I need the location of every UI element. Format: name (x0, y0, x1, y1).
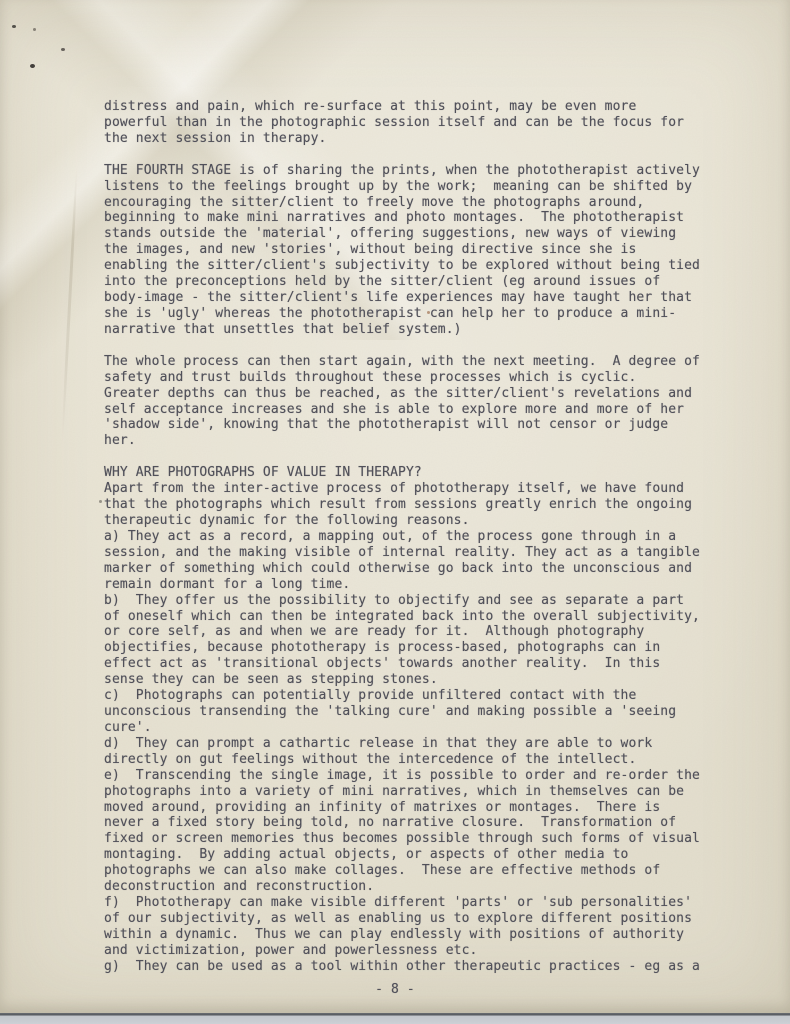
text-line: remain dormant for a long time. (104, 577, 700, 593)
text-line: session, and the making visible of inter… (104, 545, 700, 561)
scanned-page: distress and pain, which re-surface at t… (0, 0, 790, 1013)
text-line: 'shadow side', knowing that the photothe… (104, 417, 700, 433)
text-line: Greater depths can thus be reached, as t… (104, 386, 700, 402)
paper-speck (30, 64, 35, 68)
text-line: g) They can be used as a tool within oth… (104, 959, 700, 975)
scan-background-strip (0, 1013, 790, 1024)
text-line: sense they can be seen as stepping stone… (104, 672, 700, 688)
text-line: enabling the sitter/client's subjectivit… (104, 258, 700, 274)
cyclic-process-paragraph: The whole process can then start again, … (104, 354, 700, 450)
text-line: the images, and new 'stories', without b… (104, 242, 700, 258)
text-line: objectifies, because phototherapy is pro… (104, 640, 700, 656)
text-line: of our subjectivity, as well as enabling… (104, 911, 700, 927)
text-line: Apart from the inter-active process of p… (104, 481, 700, 497)
text-line: photographs we can also make collages. T… (104, 863, 700, 879)
text-line: b) They offer us the possibility to obje… (104, 593, 700, 609)
text-line: never a fixed story being told, no narra… (104, 815, 700, 831)
text-line: her. (104, 433, 700, 449)
text-line: directly on gut feelings without the int… (104, 752, 700, 768)
text-line: cure'. (104, 720, 700, 736)
text-line: of oneself which can then be integrated … (104, 609, 700, 625)
text-line: body-image - the sitter/client's life ex… (104, 290, 700, 306)
paper-speck (12, 25, 16, 28)
text-line: marker of something which could otherwis… (104, 561, 700, 577)
text-line: that the photographs which result from s… (104, 497, 700, 513)
text-line: moved around, providing an infinity of m… (104, 800, 700, 816)
text-line: beginning to make mini narratives and ph… (104, 210, 700, 226)
text-line: The whole process can then start again, … (104, 354, 700, 370)
text-line: narrative that unsettles that belief sys… (104, 322, 700, 338)
paper-speck (33, 28, 36, 31)
paper-speck (99, 500, 102, 503)
why-photographs-section: WHY ARE PHOTOGRAPHS OF VALUE IN THERAPY?… (104, 465, 700, 975)
text-line: WHY ARE PHOTOGRAPHS OF VALUE IN THERAPY? (104, 465, 700, 481)
text-line: and victimization, power and powerlessne… (104, 943, 700, 959)
paper-speck (61, 48, 65, 51)
text-line: e) Transcending the single image, it is … (104, 768, 700, 784)
text-line: powerful than in the photographic sessio… (104, 115, 700, 131)
text-line: a) They act as a record, a mapping out, … (104, 529, 700, 545)
fourth-stage-paragraph: THE FOURTH STAGE is of sharing the print… (104, 163, 700, 338)
fold-crease (61, 165, 79, 445)
text-line: or core self, as and when we are ready f… (104, 624, 700, 640)
text-line: c) Photographs can potentially provide u… (104, 688, 700, 704)
text-line: effect act as 'transitional objects' tow… (104, 656, 700, 672)
text-line: f) Phototherapy can make visible differe… (104, 895, 700, 911)
text-line: therapeutic dynamic for the following re… (104, 513, 700, 529)
text-line: THE FOURTH STAGE is of sharing the print… (104, 163, 700, 179)
text-block: distress and pain, which re-surface at t… (104, 99, 700, 975)
continued-paragraph: distress and pain, which re-surface at t… (104, 99, 700, 147)
text-line: self acceptance increases and she is abl… (104, 402, 700, 418)
text-line: stands outside the 'material', offering … (104, 226, 700, 242)
text-line: listens to the feelings brought up by th… (104, 179, 700, 195)
text-line: montaging. By adding actual objects, or … (104, 847, 700, 863)
text-line: distress and pain, which re-surface at t… (104, 99, 700, 115)
text-line: the next session in therapy. (104, 131, 700, 147)
text-line: deconstruction and reconstruction. (104, 879, 700, 895)
text-line: encouraging the sitter/client to freely … (104, 195, 700, 211)
text-line: d) They can prompt a cathartic release i… (104, 736, 700, 752)
text-line: into the preconceptions held by the sitt… (104, 274, 700, 290)
text-line: fixed or screen memories thus becomes po… (104, 831, 700, 847)
text-line: safety and trust builds throughout these… (104, 370, 700, 386)
page-number: - 8 - (0, 982, 790, 997)
text-line: she is 'ugly' whereas the phototherapist… (104, 306, 700, 322)
text-line: within a dynamic. Thus we can play endle… (104, 927, 700, 943)
text-line: photographs into a variety of mini narra… (104, 784, 700, 800)
text-line: unconscious transending the 'talking cur… (104, 704, 700, 720)
